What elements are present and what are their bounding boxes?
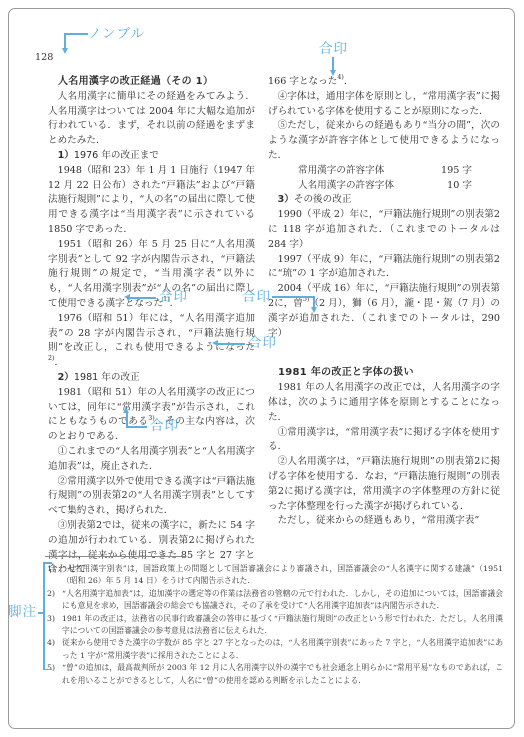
subsection-title: 1981 年の改正 [74,372,140,383]
paragraph: 1981（昭和 51）年の人名用漢字の改正については，同年に“常用漢字表”が告示… [48,386,255,445]
subsection-number: 1） [58,150,74,161]
aiin-label: 合印 [319,42,348,56]
paragraph: ②人名用漢字は，“戸籍法施行規則”の別表第2に掲げる字体を使用する．なお，“戸籍… [268,455,500,514]
footnote-ref-2: 2) [48,355,54,362]
page-number: 128 [35,52,53,63]
footnote-number: 1) [47,563,62,588]
subsection-title: 1976 年の改正まで [74,150,159,161]
footnote-item: 3)1981 年の改正は，法務省の民事行政審議会の答申に基づく“戸籍法施行規則”… [47,613,503,638]
kyakuchu-bracket-bottom-tick [43,669,52,671]
paragraph: 1951（昭和 26）年 5 月 25 日に“人名用漢字別表”として 92 字が… [48,238,255,312]
paragraph-text: 1976（昭和 51）年には，“人名用漢字追加表”の 28 字が内閣告示され，“… [48,313,255,354]
kyakuchu-bracket-top-tick [43,562,52,564]
aiin-label: 合印 [150,419,179,433]
footnote-text: “人名用漢字別表”は，国語政策上の問題として国語審議会により審議され，国語審議会… [62,563,503,588]
subsection-number: 2） [58,372,74,383]
footnote-item: 1)“人名用漢字別表”は，国語政策上の問題として国語審議会により審議され，国語審… [47,563,503,588]
paragraph: 2004（平成 16）年に，“戸籍法施行規則”の別表第2に，曽5)（2 月），獅… [268,282,500,341]
subsection-heading: 3）その後の改正 [268,193,500,208]
aiin-label: 合印 [242,290,271,304]
subsection-heading: 1）1976 年の改正まで [48,149,255,164]
kyoyo-label: 常用漢字の許容字体 [298,164,440,179]
footnote-text: 1981 年の改正は，法務省の民事行政審議会の答申に基づく“戸籍法施行規則”の改… [62,613,503,638]
aiin-label: 合印 [248,336,277,350]
paragraph-text: 166 字となった [268,76,337,87]
footnote-item: 5)“曽”の追加は，最高裁判所が 2003 年 12 月に人名用漢字以外の漢字で… [47,662,503,687]
footnote-ref-4: 4) [337,74,343,81]
paragraph-text: ． [54,357,64,368]
aiin-arrow-down-icon [311,307,317,313]
subsection-title: その後の改正 [294,194,352,205]
kyoyo-count-row: 常用漢字の許容字体195 字 [268,164,500,179]
kyakuchu-bracket-v [43,562,45,670]
footnote-item: 2)“人名用漢字追加表”は，追加漢字の選定等の作業は法務省の管轄の元で行われた．… [47,588,503,613]
kyoyo-count-row: 人名用漢字の許容字体10 字 [268,179,500,194]
paragraph: 1948（昭和 23）年 1 月 1 日施行（1947 年 12 月 22 日公… [48,164,255,238]
footnote-separator [45,556,186,557]
nombre-arrow-down-icon [62,48,68,54]
footnote-number: 5) [47,662,62,687]
footnote-number: 2) [47,588,62,613]
paragraph: ④字体は，通用字体を原則とし，“常用漢字表”に掲げられている字体を使用することが… [268,90,500,120]
aiin-line-h [130,297,156,299]
kyoyo-value: 10 字 [440,179,472,194]
paragraph: 1981 年の人名用漢字の改正では，人名用漢字の字体は，次のように通用字体を原則… [268,381,500,425]
paragraph: 1976（昭和 51）年には，“人名用漢字追加表”の 28 字が内閣告示され，“… [48,312,255,371]
footnote-number: 3) [47,613,62,638]
paragraph: 人名用漢字に簡単にその経過をみてみよう．人名用漢字はついては 2004 年に大幅… [48,90,255,149]
footnote-list: 1)“人名用漢字別表”は，国語政策上の問題として国語審議会により審議され，国語審… [47,563,503,687]
footnote-text: “曽”の追加は，最高裁判所が 2003 年 12 月に人名用漢字以外の漢字でも社… [62,662,503,687]
nombre-label: ノンブル [88,27,145,41]
right-column: 166 字となった4)． ④字体は，通用字体を原則とし，“常用漢字表”に掲げられ… [268,75,500,529]
paragraph: 166 字となった4)． [268,75,500,90]
subsection-heading: 2）1981 年の改正 [48,371,255,386]
paragraph: ①これまでの“人名用漢字別表”と“人名用漢字追加表”は，廃止された． [48,445,255,475]
footnote-item: 4)従来から使用できた漢字の字数が 85 字と 27 字となったのは，“人名用漢… [47,637,503,662]
kyoyo-value: 195 字 [440,164,472,179]
aiin-line-h [218,343,245,345]
paragraph: 1990（平成 2）年に，“戸籍法施行規則”の別表第2に 118 字が追加された… [268,208,500,252]
footnote-text: 従来から使用できた漢字の字数が 85 字と 27 字となったのは，“人名用漢字別… [62,637,503,662]
aiin-line-v [332,57,334,70]
aiin-line-h [272,296,314,298]
section-heading: 1981 年の改正と字体の扱い [268,366,500,381]
footnote-text: “人名用漢字追加表”は，追加漢字の選定等の作業は法務省の管轄の元で行われた．しか… [62,588,503,613]
paragraph: ⑤ただし，従来からの経過もあり“当分の間”，次のような漢字が許容字体として使用で… [268,119,500,163]
paragraph: ①常用漢字は，“常用漢字表”に掲げる字体を使用する． [268,426,500,456]
paragraph-text: ． [344,76,354,87]
left-column: 人名用漢字の改正経過（その 1） 人名用漢字に簡単にその経過をみてみよう．人名用… [48,75,255,578]
section-heading: 人名用漢字の改正経過（その 1） [48,75,255,90]
nombre-line-v [64,33,66,48]
aiin-line-v [126,412,128,427]
kyoyo-label: 人名用漢字の許容字体 [298,179,440,194]
kyakuchu-label: 脚注 [8,605,37,619]
paragraph: ②常用漢字以外で使用できる漢字は“戸籍法施行規則”の別表第2の“人名用漢字別表”… [48,475,255,519]
aiin-line-v [313,296,315,307]
nombre-line-h [64,33,88,35]
paragraph: 1997（平成 9）年に，“戸籍法施行規則”の別表第2に“琉”の 1 字が追加さ… [268,253,500,283]
paragraph: ただし，従来からの経過もあり，“常用漢字表” [268,514,500,529]
aiin-arrow-down-icon [330,70,336,76]
aiin-line-h [126,426,147,428]
aiin-label: 合印 [159,290,188,304]
subsection-number: 3） [278,194,294,205]
footnote-number: 4) [47,637,62,662]
